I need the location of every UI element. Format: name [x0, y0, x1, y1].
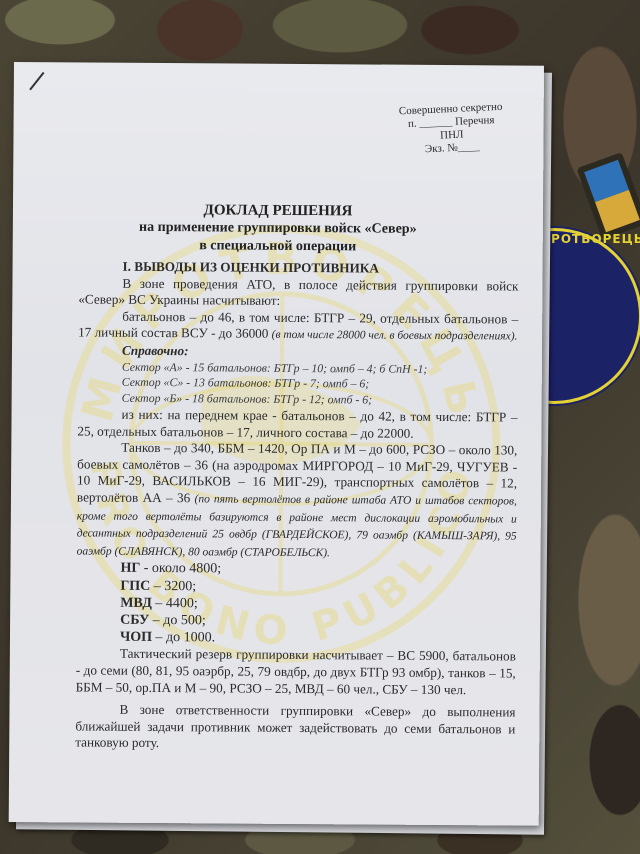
- paragraph: из них: на переднем крае - батальонов – …: [77, 406, 517, 442]
- paragraph: В зоне ответственности группировки «Севе…: [75, 702, 515, 755]
- paragraph: Тактический резерв группировки насчитыва…: [76, 646, 516, 699]
- pen-mark: [29, 72, 44, 90]
- document-body: I. ВЫВОДЫ ИЗ ОЦЕНКИ ПРОТИВНИКА В зоне пр…: [75, 258, 518, 754]
- classification-block: Совершенно секретно п. ______ Перечня ПН…: [380, 100, 522, 158]
- paragraph: Танков – до 340, ББМ – 1420, Ор ПА и М –…: [77, 440, 518, 563]
- paragraph: батальонов – до 46, в том числе: БТГР – …: [78, 308, 518, 345]
- patch-text: ИРОТВОРЕЦЬ: [540, 232, 640, 246]
- paragraph: В зоне проведения АТО, в полосе действия…: [78, 275, 518, 311]
- document-page: МИРОТВОРЕЦЬ PRO BONO PUBLICO Совершенно …: [9, 62, 544, 826]
- document-title: ДОКЛАД РЕШЕНИЯ на применение группировки…: [13, 200, 543, 258]
- title-subtitle-2: в специальной операции: [13, 236, 543, 258]
